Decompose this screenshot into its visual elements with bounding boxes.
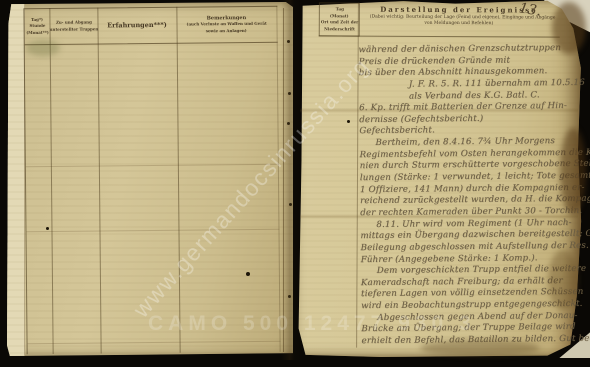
folio-number: 13. xyxy=(518,0,542,19)
binding-hole xyxy=(289,203,292,206)
paper-crease xyxy=(26,164,279,167)
ink-speck xyxy=(347,120,350,123)
events-header-subtitle: von Meldungen und Befehlen) xyxy=(370,20,548,27)
date-column-header: Tag (Monat) Ort und Zeit der Niederschri… xyxy=(319,2,360,36)
column-header-text: Stunde xyxy=(29,24,45,29)
date-column-text: Ort und Zeit der xyxy=(321,20,358,26)
handwriting-line: während der dänischen Grenzschutztruppen xyxy=(358,43,573,57)
binding-hole xyxy=(287,40,290,43)
column-header-text: Zu- und Abgang xyxy=(56,20,92,25)
handwriting-line: J. F. R. 5. R. 111 übernahm am 10.5.16 xyxy=(359,78,574,92)
left-table: Tag*) Stunde (Monat**) Zu- und Abgang un… xyxy=(23,6,280,354)
paper-stain xyxy=(560,128,586,214)
paper-stain xyxy=(26,40,60,56)
paper-crease xyxy=(28,341,281,344)
paper-stain xyxy=(552,2,586,54)
paper-crease xyxy=(26,229,279,232)
binding-hole xyxy=(288,92,291,95)
column-header-experiences: Erfahrungen***) xyxy=(97,8,176,44)
column-header-text: sowie an Anlagen) xyxy=(206,28,247,33)
column-header-text: unterstellter Truppen xyxy=(49,27,98,32)
table-column-line xyxy=(97,8,101,354)
paper-stain xyxy=(548,250,578,310)
column-header-day: Tag*) Stunde (Monat**) xyxy=(24,9,49,44)
date-column-text: Tag xyxy=(335,7,343,12)
handwriting-line: Beilegung abgeschlossen mit Aufstellung … xyxy=(360,241,575,255)
column-header-text: (Monat**) xyxy=(26,30,48,35)
paper-stain xyxy=(420,340,540,356)
table-column-line xyxy=(49,8,53,354)
handwriting-line: 6. Kp. trifft mit Batterien der Grenze a… xyxy=(359,101,574,115)
column-header-remarks: Bemerkungen (auch Verluste an Waffen und… xyxy=(176,7,276,43)
column-header-text: (auch Verluste an Waffen und Gerät xyxy=(186,22,266,28)
spine-crease xyxy=(283,8,284,352)
date-column-text: (Monat) xyxy=(330,14,349,19)
table-column-line xyxy=(176,7,180,353)
binding-hole xyxy=(288,295,291,298)
date-column-text: Niederschrift xyxy=(324,26,355,31)
column-header-text: Tag*) xyxy=(31,18,43,23)
left-table-header: Tag*) Stunde (Monat**) Zu- und Abgang un… xyxy=(24,6,277,45)
handwriting-area: während der dänischen Grenzschutztruppen… xyxy=(358,43,576,348)
ink-speck xyxy=(46,227,49,230)
ink-speck xyxy=(246,272,250,276)
header-rule xyxy=(319,35,560,37)
document-photo: Tag*) Stunde (Monat**) Zu- und Abgang un… xyxy=(0,0,590,367)
column-header-troops: Zu- und Abgang unterstellter Truppen xyxy=(49,9,97,44)
binding-hole xyxy=(287,122,290,125)
column-header-text: Erfahrungen***) xyxy=(107,21,167,30)
